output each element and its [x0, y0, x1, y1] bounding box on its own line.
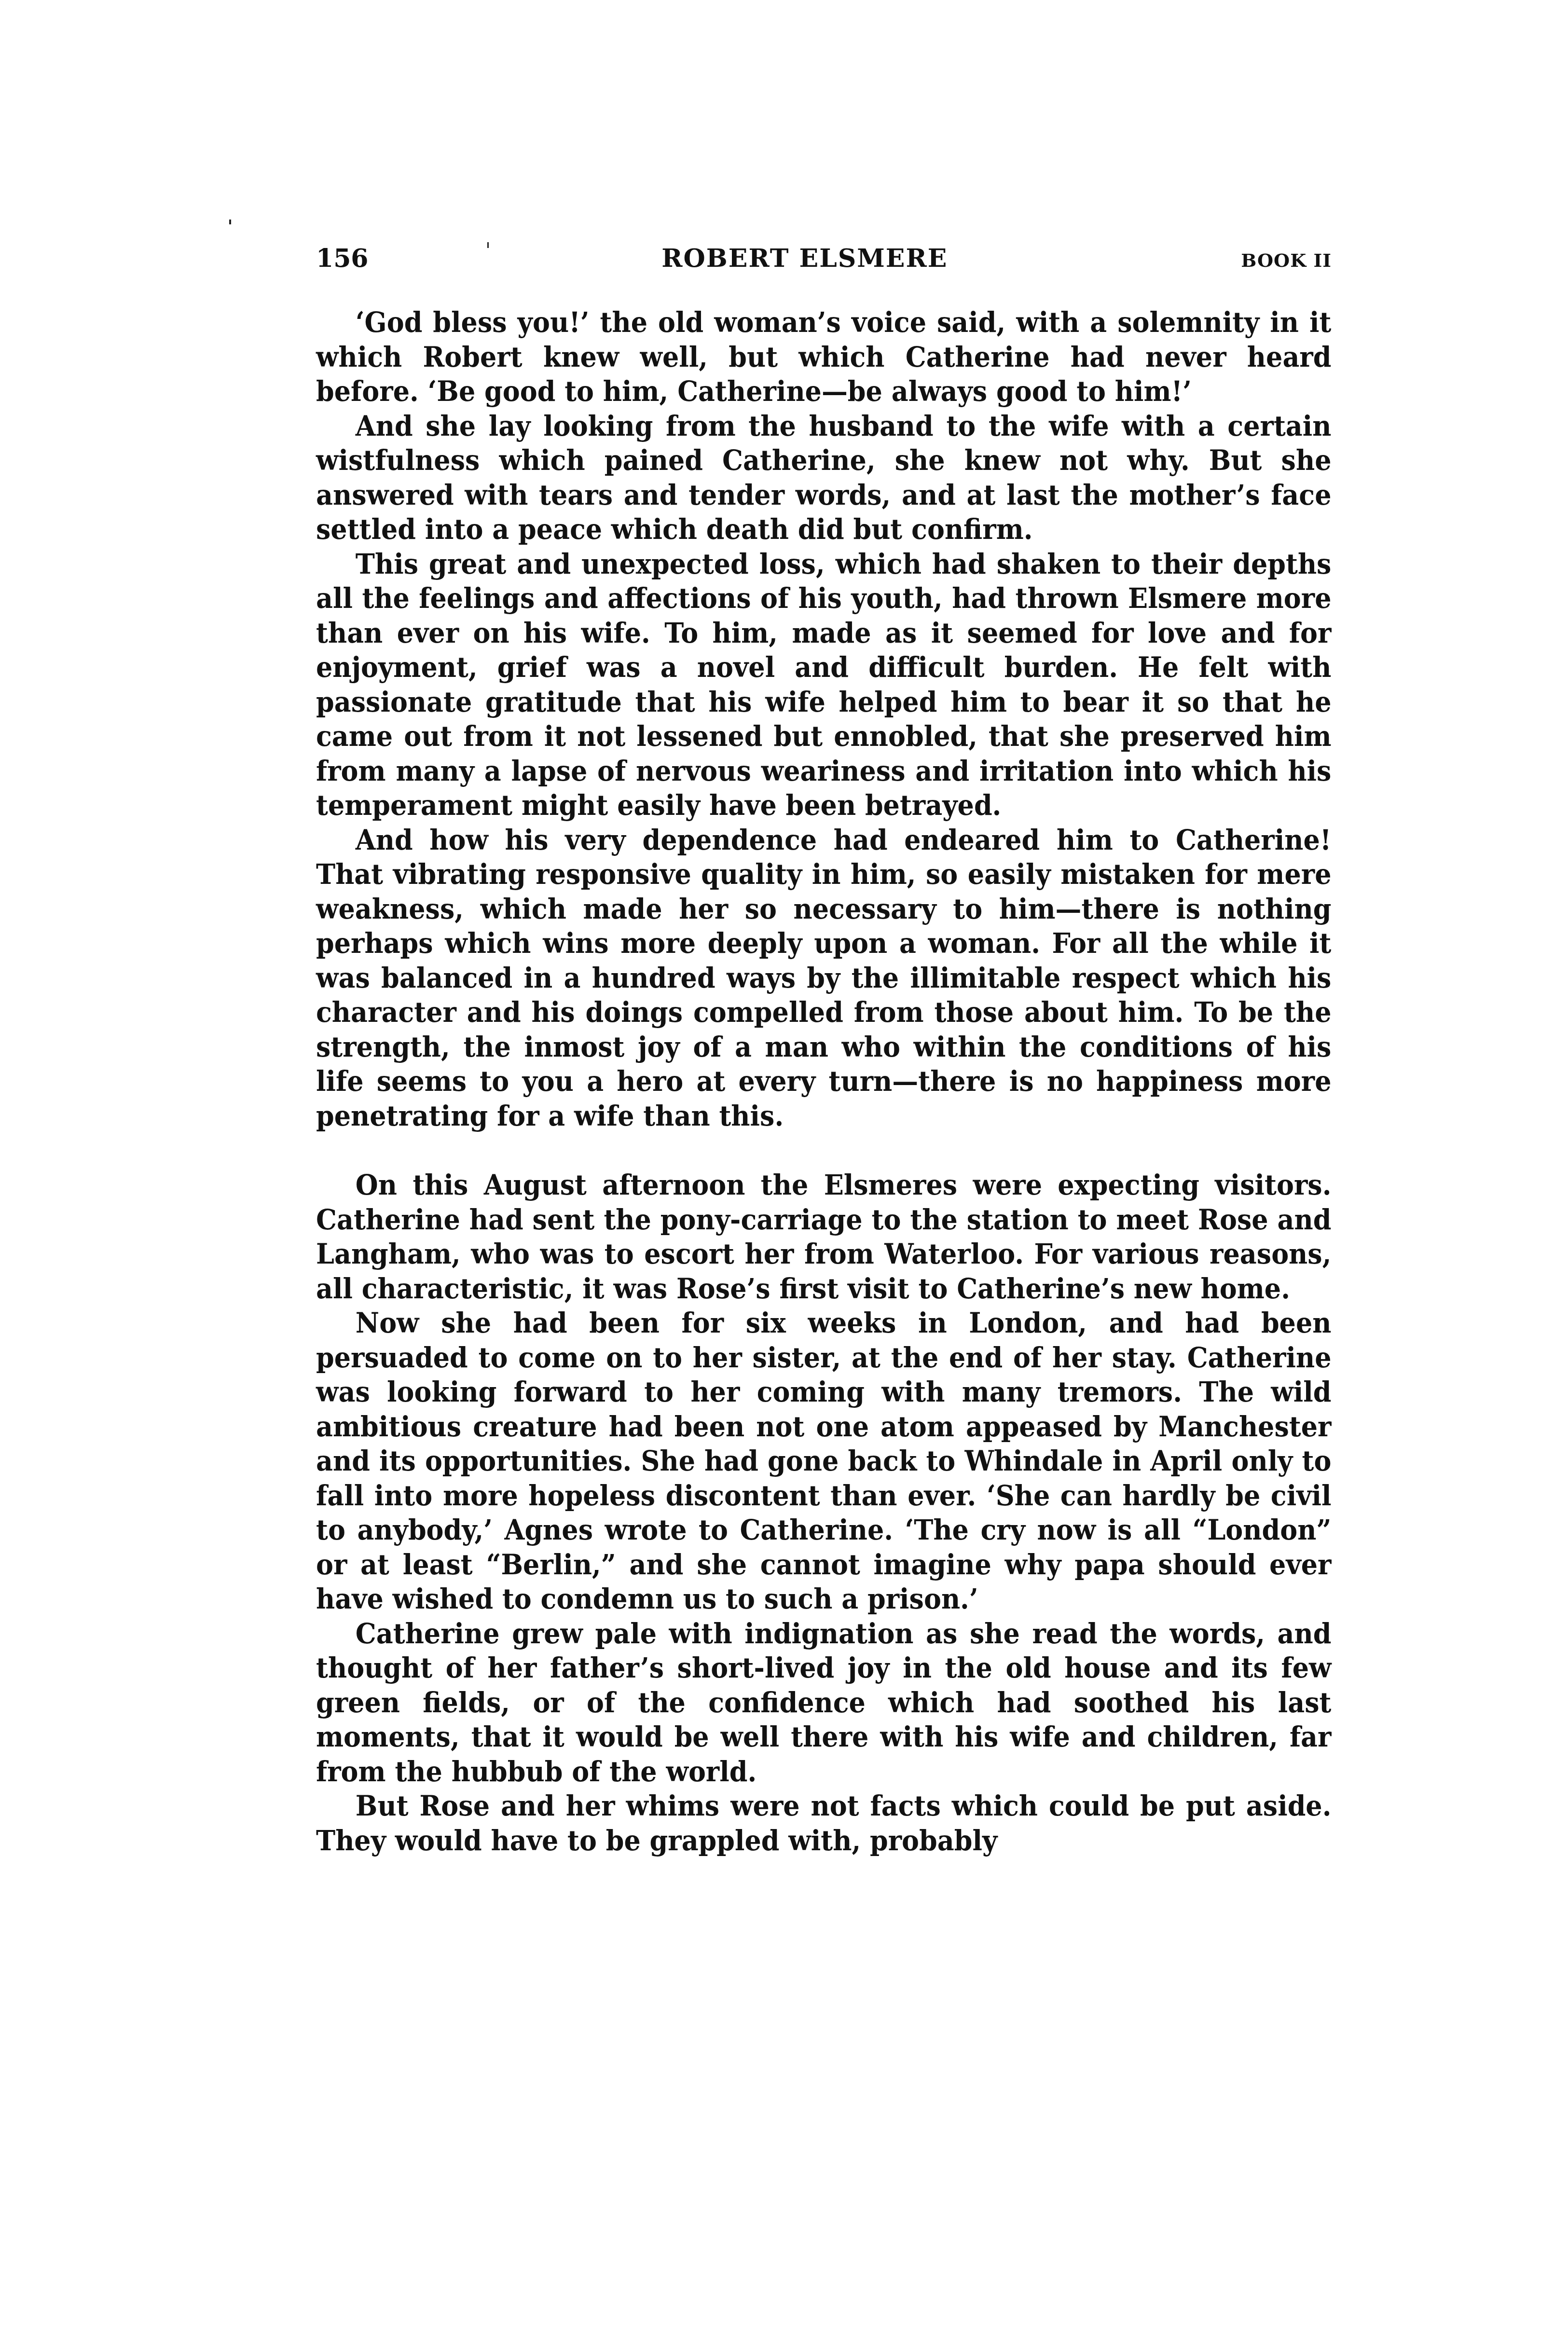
paragraph: And she lay looking from the husband to …: [316, 409, 1331, 547]
page-number: 156: [316, 244, 369, 273]
running-title: ROBERT ELSMERE: [661, 244, 948, 273]
scan-speck: [229, 220, 231, 224]
paragraph: ‘God bless you!’ the old woman’s voice s…: [316, 305, 1331, 409]
paragraph: Catherine grew pale with indignation as …: [316, 1617, 1331, 1789]
paragraph: On this August afternoon the Elsmeres we…: [316, 1168, 1331, 1306]
book-label: BOOK II: [1241, 249, 1332, 271]
paragraph: But Rose and her whims were not facts wh…: [316, 1789, 1331, 1858]
running-header: 156 ROBERT ELSMERE BOOK II: [316, 244, 1332, 282]
paragraph: And how his very dependence had endeared…: [316, 823, 1331, 1134]
body-text: ‘God bless you!’ the old woman’s voice s…: [316, 305, 1332, 1858]
paragraph: This great and unexpected loss, which ha…: [316, 547, 1331, 823]
paragraph: Now she had been for six weeks in London…: [316, 1306, 1331, 1617]
book-page: 156 ROBERT ELSMERE BOOK II ‘God bless yo…: [316, 244, 1332, 1858]
